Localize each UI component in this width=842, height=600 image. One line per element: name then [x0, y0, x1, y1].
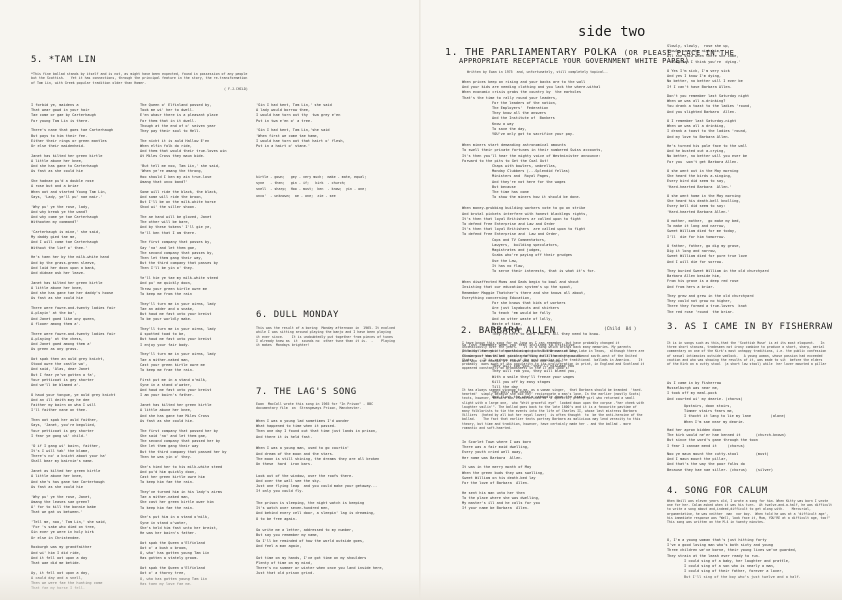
glossary: kirtle - gown; gey - very much; make - m…	[256, 174, 366, 199]
stanza: There's nane that goes tae Carterhaugh B…	[31, 128, 131, 149]
stanza: The first company that passes by, Say 'n…	[140, 240, 240, 271]
stanza: In Scarlet Town where I was born There w…	[462, 440, 544, 461]
dull-monday-title: 6. DULL MONDAY	[256, 310, 339, 320]
stanza: Janet has kilted her green kirtle A litt…	[31, 154, 131, 175]
calum-title: 4. SONG FOR CALUM	[667, 486, 768, 496]
polka-verse: When disaffected Mums and Dads begin to …	[462, 280, 603, 301]
fisherraw-stanza-2: Had her apron bidden doon The kirk would…	[667, 428, 786, 449]
dull-monday-note: This was the result of a boring Monday a…	[256, 326, 396, 347]
fisherraw-stanza-3: Noo ye maun mount the cutty-stool (must)…	[667, 452, 773, 473]
tam-lin-col2: The Queen o' Elfinland passed by, Took m…	[140, 103, 240, 592]
fisherraw-stanza-1: As I came in by Fisherraw Musselburgh wa…	[667, 381, 743, 402]
barbara-allen-title: 2. BARBARA ALLEN	[461, 326, 556, 336]
page-fold	[419, 0, 421, 600]
stanza: Oot spak the Queen o'Elfinland Oot o' a …	[140, 541, 240, 562]
stanza: The nicht it is auld Hallow E'en When el…	[140, 139, 240, 160]
stanza: There were fowre-and-twenty ladies fair …	[31, 332, 131, 353]
stanza: They grew and grew in the old churchyard…	[667, 294, 769, 315]
lags-song-title: 7. THE LAG'S SONG	[256, 387, 357, 397]
stanza: 'Gin I had kent, Tam Lin,' she said A la…	[256, 103, 356, 124]
stanza: Some will ride the black, the black, And…	[140, 190, 240, 211]
polka-verse: When prices keep on rising and your back…	[462, 80, 603, 101]
tam-lin-col3: 'Gin I had kent, Tam Lin,' she said A la…	[256, 103, 356, 154]
stanza: O she went out in the May morning She he…	[667, 169, 769, 190]
stanza: Go write me a letter, addressed to my nu…	[256, 528, 384, 549]
stanza: They'll turn me in your airms, lady A sp…	[140, 327, 240, 348]
glossary-line: snell - sharp; Hoo - must; ken - know; y…	[256, 186, 366, 192]
stanza: Janet as kilted her green kirtle A littl…	[31, 469, 131, 490]
stanza: He sent his man unto her then To the pla…	[462, 491, 544, 512]
stanza: They'll turn me in your airms, lady Tae …	[140, 302, 240, 323]
stanza: 'But tell me noo, Tam Lin,' she said, 'W…	[140, 164, 240, 185]
stanza: When I was a young lad sometimes I'd won…	[256, 419, 384, 440]
tam-lin-col1: I forbid ye, maidens a That wear gowd in…	[31, 103, 131, 596]
calum-stanza: O, I'm a young woman that's just hitting…	[667, 538, 797, 559]
stanza: 'Why pu' ye the rose, Janet, Amang the l…	[31, 495, 131, 516]
side-two-label: side two	[578, 24, 645, 40]
tam-lin-attribution: ( F.J.CHILD)	[224, 87, 248, 91]
stanza: They've turned him in his lady's airms T…	[140, 490, 240, 511]
stanza: Ye'll hie ye tae my milk-white steed And…	[140, 276, 240, 297]
tam-lin-note: *This fine ballad stands by itself and i…	[31, 72, 253, 85]
barbara-allen-note2: It has always seemed strange to me, as a…	[462, 388, 646, 430]
stanza: The first company that passed her by She…	[140, 429, 240, 460]
stanza: Oot spak then an auld grey knicht, Stood…	[31, 357, 131, 388]
fisherraw-note: It is in songs such as this,that the 'Sc…	[667, 341, 827, 366]
stanza: Look out of the window, over the roofs t…	[256, 474, 384, 495]
stanza: 'Carterhaugh is mine,' she said, My dadd…	[31, 230, 131, 251]
stanza: Janet has kilted her green kirtle A litt…	[31, 281, 131, 302]
stanza: O father, father, go dig my grave, Dig i…	[667, 244, 769, 265]
tam-lin-title: 5. *TAM LIN	[31, 55, 96, 65]
stanza: I forbid ye, maidens a That wear gowd in…	[31, 103, 131, 124]
barbara-allen-note1: I have known this song for as long as I …	[462, 341, 646, 370]
stanza: 'Gin I had kent, Tam Lin,'she said 'When…	[256, 128, 356, 149]
stanza: She's hied her to his milk-white steed A…	[140, 465, 240, 486]
stanza: They'll turn me in your airms, lady Tae …	[140, 352, 240, 373]
fisherraw-title: 3. AS I CAME IN BY FISHERRAW	[667, 322, 833, 332]
stanza: He's turned his pale face to the wall An…	[667, 144, 769, 165]
lags-song-note: Ewan MacColl wrote this song in 1965 for…	[256, 402, 396, 411]
glossary-line: unco' - unknown; ae - one; zie - see	[256, 193, 366, 199]
stanza: O I remember last Saturday-night When we…	[667, 119, 769, 140]
bottom-shadow	[0, 572, 842, 600]
stanza: She's put him in a stand o'milk, Syne in…	[140, 515, 240, 536]
stanza: O she went home in the May morning She h…	[667, 194, 769, 215]
stanza: Slowly, slowly, rose she up, Slowly came…	[667, 44, 769, 65]
stanza: First put me in a stand o'milk, Syne in …	[140, 378, 240, 399]
stanza: They buried Sweet William in the old chu…	[667, 269, 769, 290]
stanza: Then oot spak her auld faither, Says, 'J…	[31, 418, 131, 439]
polka-refrain: Chaps with bowlers, umbrellas, Monday Cl…	[462, 164, 603, 200]
stanza: Roxburgh was my grandfaither And wi' him…	[31, 545, 131, 566]
stanza: 'O if I gang wi' bairn, faither, It's I …	[31, 444, 131, 465]
stanza: When I was a young man, used to go court…	[256, 446, 384, 467]
stanza: Don't you remember last Saturday night W…	[667, 94, 769, 115]
stanza: 'Why pu' ye the rose, lady, And why brea…	[31, 205, 131, 226]
stanza: O Yes I'm sick, I'm very sick And yes I …	[667, 69, 769, 90]
polka-refrain: For the leaders of the nation, The Emplo…	[462, 101, 603, 137]
fisherraw-chorus: Upstairs, doon stairs, Timmer stairs fea…	[684, 404, 786, 425]
barbara-allen-stanzas-a: In Scarlet Town where I was born There w…	[462, 440, 544, 516]
stanza: There were fowre-and-twenty ladies fair …	[31, 306, 131, 327]
child-ref: (Child 84 )	[604, 328, 637, 332]
stanza: Janet has kilted her green kirtle A litt…	[140, 403, 240, 424]
stanza: The ae hand will be gloved, Janet The ot…	[140, 215, 240, 236]
calum-note: When Neill was eleven years old, I wrote…	[667, 499, 833, 524]
polka-refrain: Cops and TV Commentators, Lawyers, build…	[462, 238, 603, 274]
barbara-allen-stanzas-b: Slowly, slowly, rose she up, Slowly came…	[667, 44, 769, 319]
stanza: He's taen her by the milk-white hand And…	[31, 255, 131, 276]
stanza: It was in the merry month of May When th…	[462, 465, 544, 486]
stanza: She hadnae pu'd a double rose A rose but…	[31, 179, 131, 200]
polka-note: Written by Ewan in 1975 and, unfortunate…	[467, 70, 667, 74]
stanza: O haud your tongue, ye auld grey knicht …	[31, 393, 131, 414]
lags-song-stanzas: When I was a young lad sometimes I'd won…	[256, 419, 384, 583]
stanza: The prison is sleeping, the night watch …	[256, 501, 384, 522]
stanza: O mother, mother, go make my bed, To mak…	[667, 219, 769, 240]
polka-title-sub2: APPROPRIATE RECEPTACLE YOUR GOVERNMENT W…	[459, 57, 689, 65]
polka-verse: When money-grubbing building workers vot…	[462, 206, 603, 237]
stanza: The Queen o' Elfinland passed by, Took m…	[140, 103, 240, 134]
polka-verse: When miners start demanding astronomical…	[462, 143, 603, 164]
stanza: 'Tell me, noo,' Tam Lin,' she said, 'For…	[31, 520, 131, 541]
